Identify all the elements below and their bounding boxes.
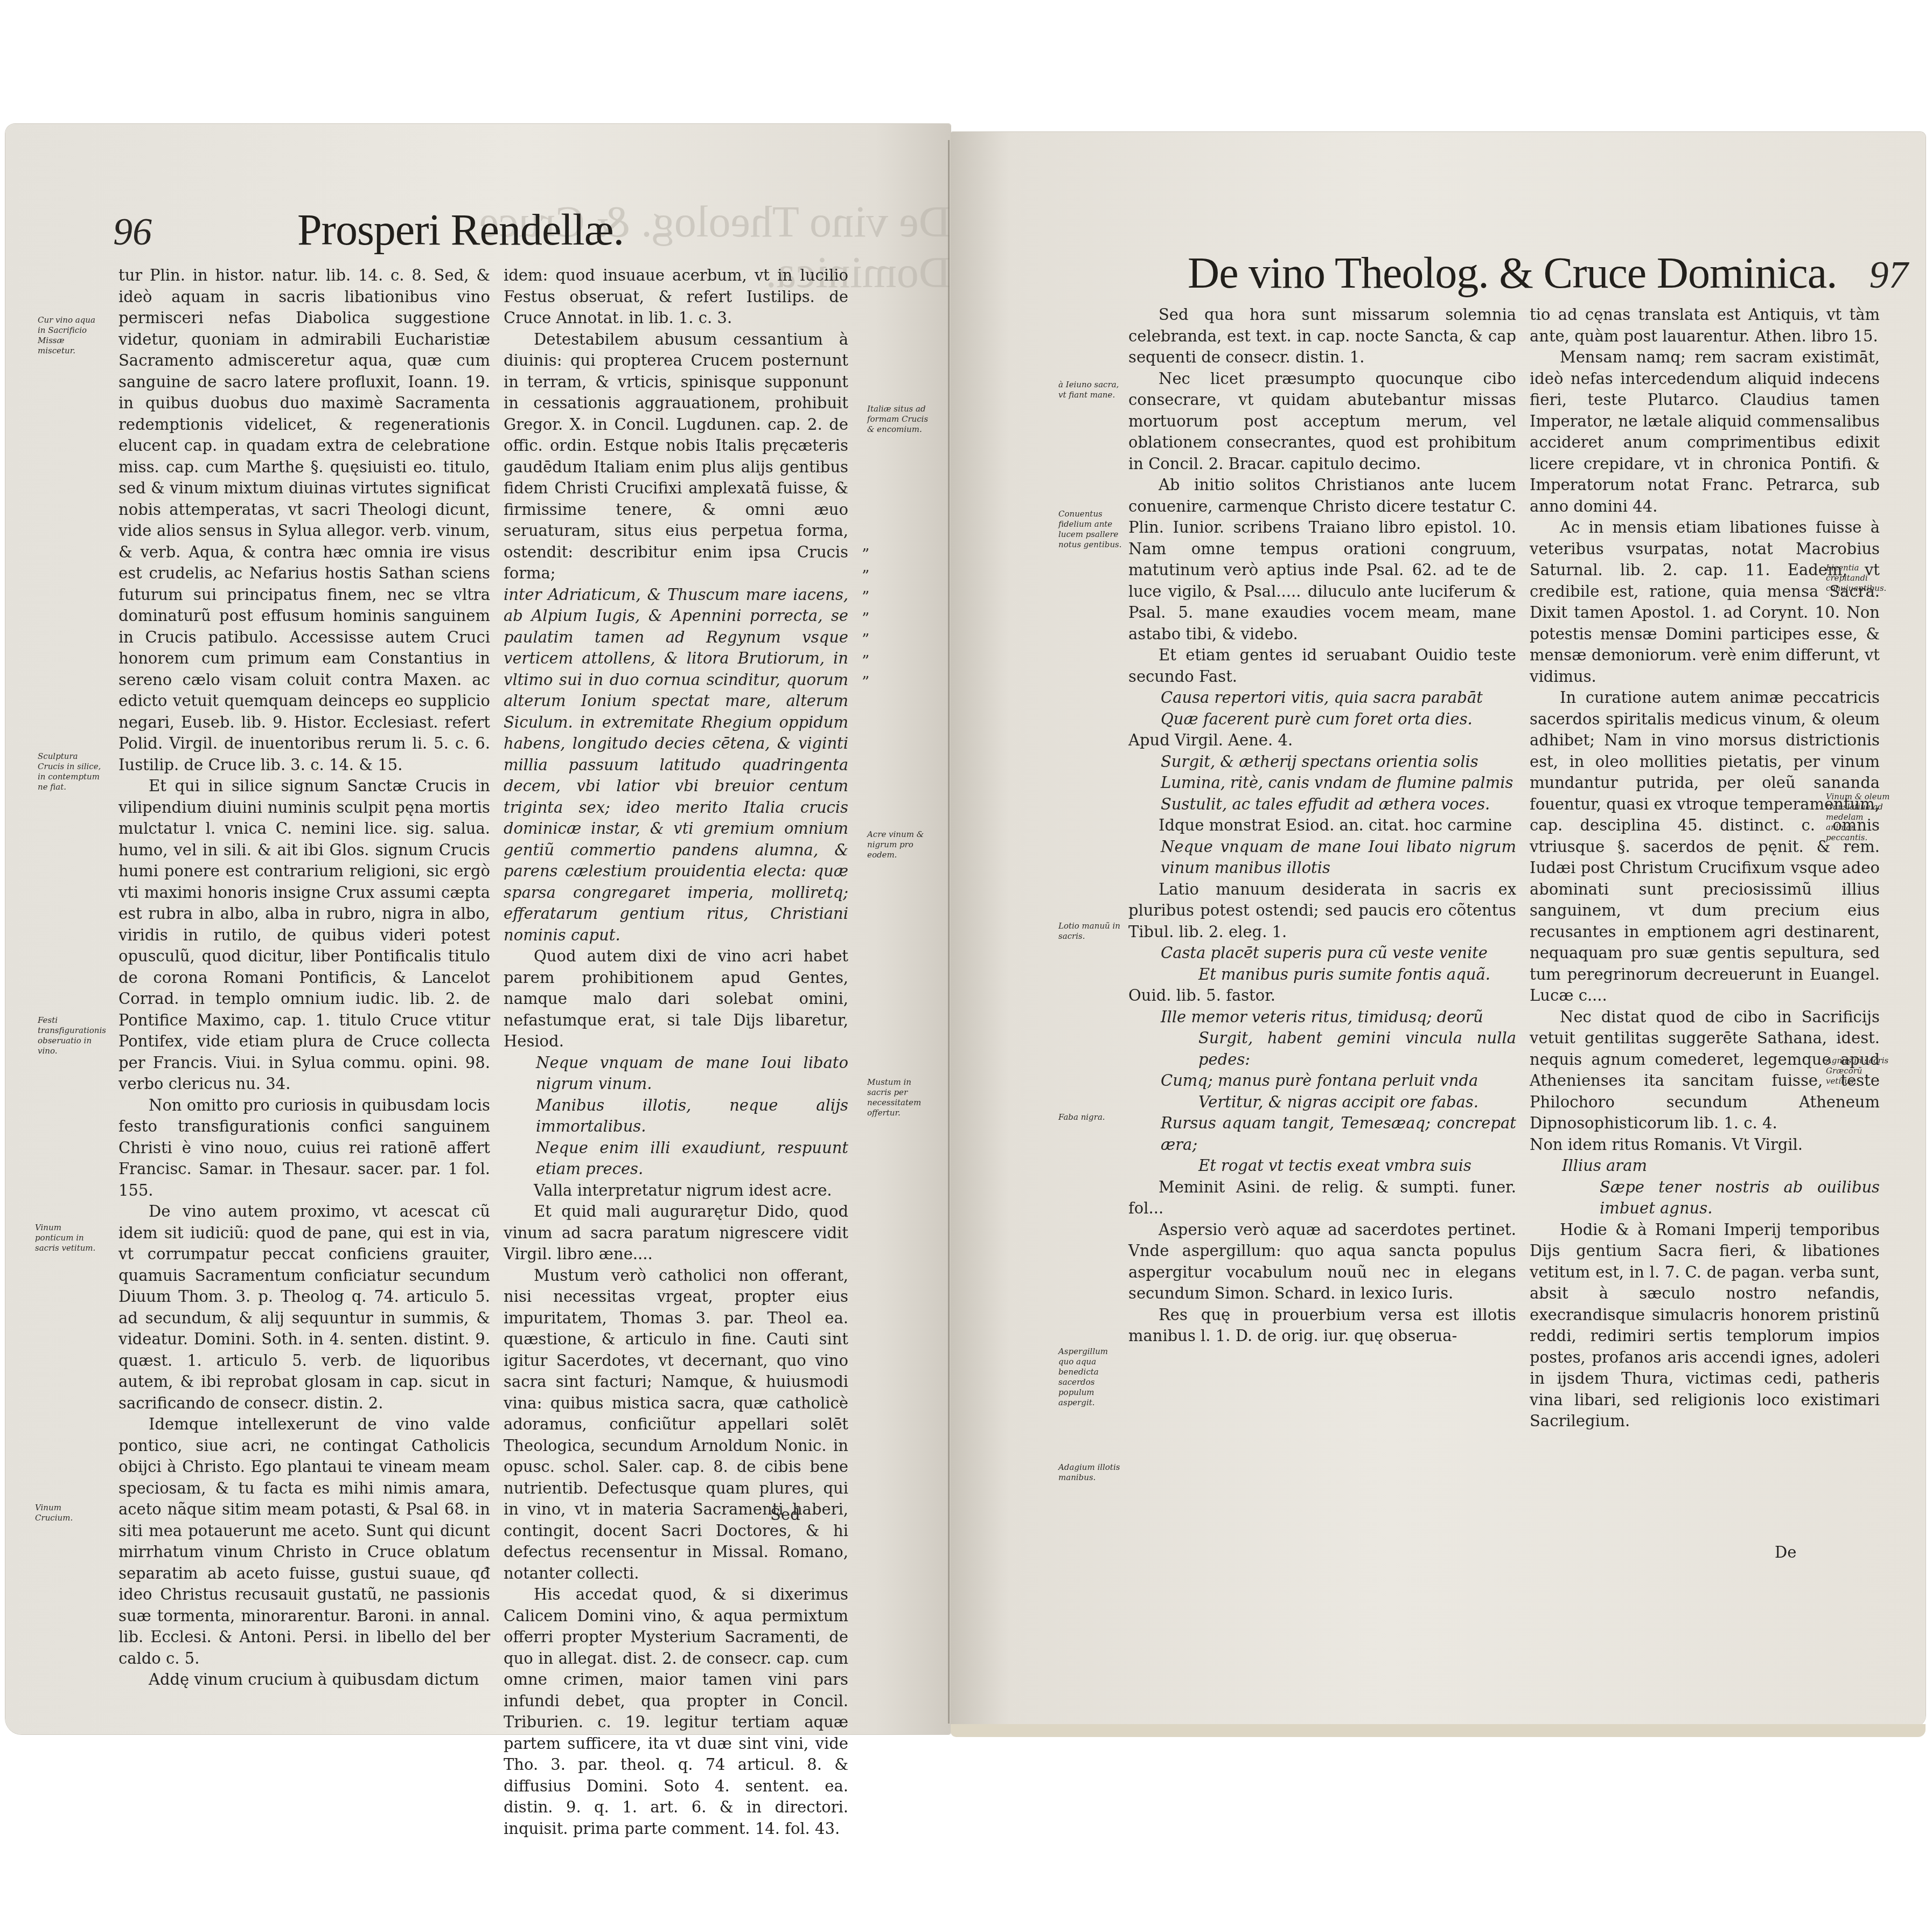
verse-line: Neque vnquam de mane Ioui libato nigrum …	[1128, 836, 1516, 879]
verse-line: Sæpe tener nostris ab ouilibus imbuet ag…	[1530, 1177, 1880, 1219]
verse-line: Et manibus puris sumite fontis aquã.	[1128, 964, 1516, 986]
verse-line: Casta placēt superis pura cũ veste venit…	[1128, 943, 1516, 964]
paragraph: Mensam namq; rem sacram existimāt, ideò …	[1530, 347, 1880, 517]
verse-line: Ille memor veteris ritus, timidusq; deor…	[1128, 1007, 1516, 1028]
paragraph: Ouid. lib. 5. fastor.	[1128, 985, 1516, 1007]
marginal-note: Italiæ situs ad formam Crucis & encomium…	[867, 404, 932, 435]
verse-line: Rursus aquam tangit, Temesæaq; concrepat…	[1128, 1113, 1516, 1155]
marginal-note: Licentia crepitandi conuiuantibus.	[1826, 563, 1891, 594]
verse-line: Manibus illotis, neque alijs immortalibu…	[504, 1095, 848, 1138]
marginal-note: Aspergillum quo aqua benedicta sacerdos …	[1058, 1347, 1123, 1408]
marginal-note: Sculptura Crucis in silice, in contemptu…	[38, 751, 102, 792]
paragraph: Ac in mensis etiam libationes fuisse à v…	[1530, 517, 1880, 687]
page-title: De vino Theolog. & Cruce Dominica.	[1188, 248, 1837, 298]
right-running-head: De vino Theolog. & Cruce Dominica. 97	[1188, 248, 1908, 298]
marginal-note: Adagium illotis manibus.	[1058, 1462, 1123, 1483]
paragraph: Et etiam gentes id seruabant Ouidio test…	[1128, 645, 1516, 687]
paragraph: Non idem ritus Romanis. Vt Virgil.	[1530, 1134, 1880, 1156]
right-page-column-1: Sed qua hora sunt missarum solemnia cele…	[1128, 304, 1516, 1347]
quoted-passage: inter Adriaticum, & Thuscum mare iacens,…	[504, 584, 848, 946]
marginal-note: Vinum & oleum translatiue ad medelam ani…	[1826, 792, 1891, 843]
page-number: 97	[1870, 253, 1908, 297]
paragraph: Latio manuum desiderata in sacris ex plu…	[1128, 879, 1516, 943]
paragraph: His accedat quod, & si dixerimus Calicem…	[504, 1584, 848, 1839]
paragraph: Non omitto pro curiosis in quibusdam loc…	[118, 1095, 490, 1202]
marginal-note: Cur vino aqua in Sacrificio Missæ miscet…	[38, 315, 102, 356]
marginal-note: Vinum Crucium.	[35, 1503, 100, 1523]
paragraph: Res quę in prouerbium versa est illotis …	[1128, 1305, 1516, 1347]
paragraph: idem: quod insuaue acerbum, vt in lucili…	[504, 265, 848, 329]
verse-line: Surgit, & ætherij spectans orientia soli…	[1128, 751, 1516, 773]
verse-line: Neque vnquam de mane Ioui libato nigrum …	[504, 1052, 848, 1095]
paragraph: In curatione autem animæ peccatricis sac…	[1530, 687, 1880, 1007]
paragraph: tio ad cęnas translata est Antiquis, vt …	[1530, 304, 1880, 347]
paragraph: Mustum verò catholici non offerant, nisi…	[504, 1265, 848, 1585]
paragraph: Quod autem dixi de vino acri habet parem…	[504, 946, 848, 1052]
paragraph: Et quid mali augurarętur Dido, quod vinu…	[504, 1201, 848, 1265]
paragraph: Meminit Asini. de relig. & sumpti. funer…	[1128, 1177, 1516, 1219]
paragraph: Aspersio verò aquæ ad sacerdotes pertine…	[1128, 1219, 1516, 1305]
book-gutter	[948, 140, 950, 1724]
verse-line: Sustulit, ac tales effudit ad æthera voc…	[1128, 794, 1516, 815]
marginal-note: Agnus in sacris Græcorũ vetitus.	[1826, 1056, 1891, 1086]
paragraph: Idemque intellexerunt de vino valde pont…	[118, 1414, 490, 1669]
marginal-note: Vinum ponticum in sacris vetitum.	[35, 1223, 100, 1253]
catchword: De	[1775, 1543, 1796, 1561]
paragraph: Et qui in silice signum Sanctæ Crucis in…	[118, 776, 490, 1095]
left-page-column-1: tur Plin. in histor. natur. lib. 14. c. …	[118, 265, 490, 1691]
verse-line: Causa repertori vitis, quia sacra parabā…	[1128, 687, 1516, 709]
paragraph: Addę vinum crucium à quibusdam dictum	[118, 1669, 490, 1691]
catchword: Sed	[770, 1505, 800, 1524]
marginal-note: Acre vinum & nigrum pro eodem.	[867, 829, 932, 860]
marginal-note: à Ieiuno sacra, vt fiant mane.	[1058, 380, 1123, 400]
paragraph: Apud Virgil. Aene. 4.	[1128, 730, 1516, 751]
marginal-note: Conuentus fidelium ante lucem psallere n…	[1058, 509, 1123, 550]
marginal-note: Festi transfigurationis obseruatio in vi…	[38, 1015, 102, 1056]
verse-line: Surgit, habent gemini vincula nulla pede…	[1128, 1028, 1516, 1070]
page-number: 96	[113, 210, 152, 254]
left-page-column-2: idem: quod insuaue acerbum, vt in lucili…	[504, 265, 848, 1839]
paragraph: Ab initio solitos Christianos ante lucem…	[1128, 475, 1516, 645]
left-running-head: 96 Prosperi Rendellæ.	[113, 205, 624, 255]
book-spread: De vino Theolog. & Cruce Dominica. 96 Pr…	[0, 0, 1932, 1932]
marginal-note: Lotio manuũ in sacris.	[1058, 921, 1123, 941]
left-page: De vino Theolog. & Cruce Dominica. 96 Pr…	[5, 124, 951, 1734]
paragraph: Hodie & à Romani Imperij temporibus Dijs…	[1530, 1219, 1880, 1432]
verse-line: Vertitur, & nigras accipit ore fabas.	[1128, 1092, 1516, 1113]
paragraph: De vino autem proximo, vt acescat cũ ide…	[118, 1201, 490, 1414]
verse-line: Cumq; manus purè fontana perluit vnda	[1128, 1070, 1516, 1092]
verse-line: Neque enim illi exaudiunt, respuunt etia…	[504, 1138, 848, 1180]
verse-line: Quæ facerent purè cum foret orta dies.	[1128, 709, 1516, 730]
quotation-marks-column: ” ” ” ” ” ” ”	[862, 544, 869, 693]
paragraph: Nec licet præsumpto quocunque cibo conse…	[1128, 368, 1516, 475]
right-page-column-2: tio ad cęnas translata est Antiquis, vt …	[1530, 304, 1880, 1432]
verse-line: Illius aram	[1530, 1155, 1880, 1177]
paragraph: tur Plin. in histor. natur. lib. 14. c. …	[118, 265, 490, 776]
marginal-note: Faba nigra.	[1058, 1112, 1123, 1122]
paragraph: Sed qua hora sunt missarum solemnia cele…	[1128, 304, 1516, 368]
verse-line: Lumina, ritè, canis vndam de flumine pal…	[1128, 772, 1516, 794]
paragraph: Valla interpretatur nigrum idest acre.	[504, 1180, 848, 1202]
verse-line: Et rogat vt tectis exeat vmbra suis	[1128, 1155, 1516, 1177]
right-page: De vino Theolog. & Cruce Dominica. 97 Se…	[951, 132, 1926, 1726]
marginal-note: Mustum in sacris per necessitatem offert…	[867, 1077, 932, 1118]
page-title: Prosperi Rendellæ.	[297, 205, 624, 255]
paragraph: Idque monstrat Esiod. an. citat. hoc car…	[1128, 815, 1516, 836]
paragraph: Detestabilem abusum cessantium à diuinis…	[504, 329, 848, 584]
